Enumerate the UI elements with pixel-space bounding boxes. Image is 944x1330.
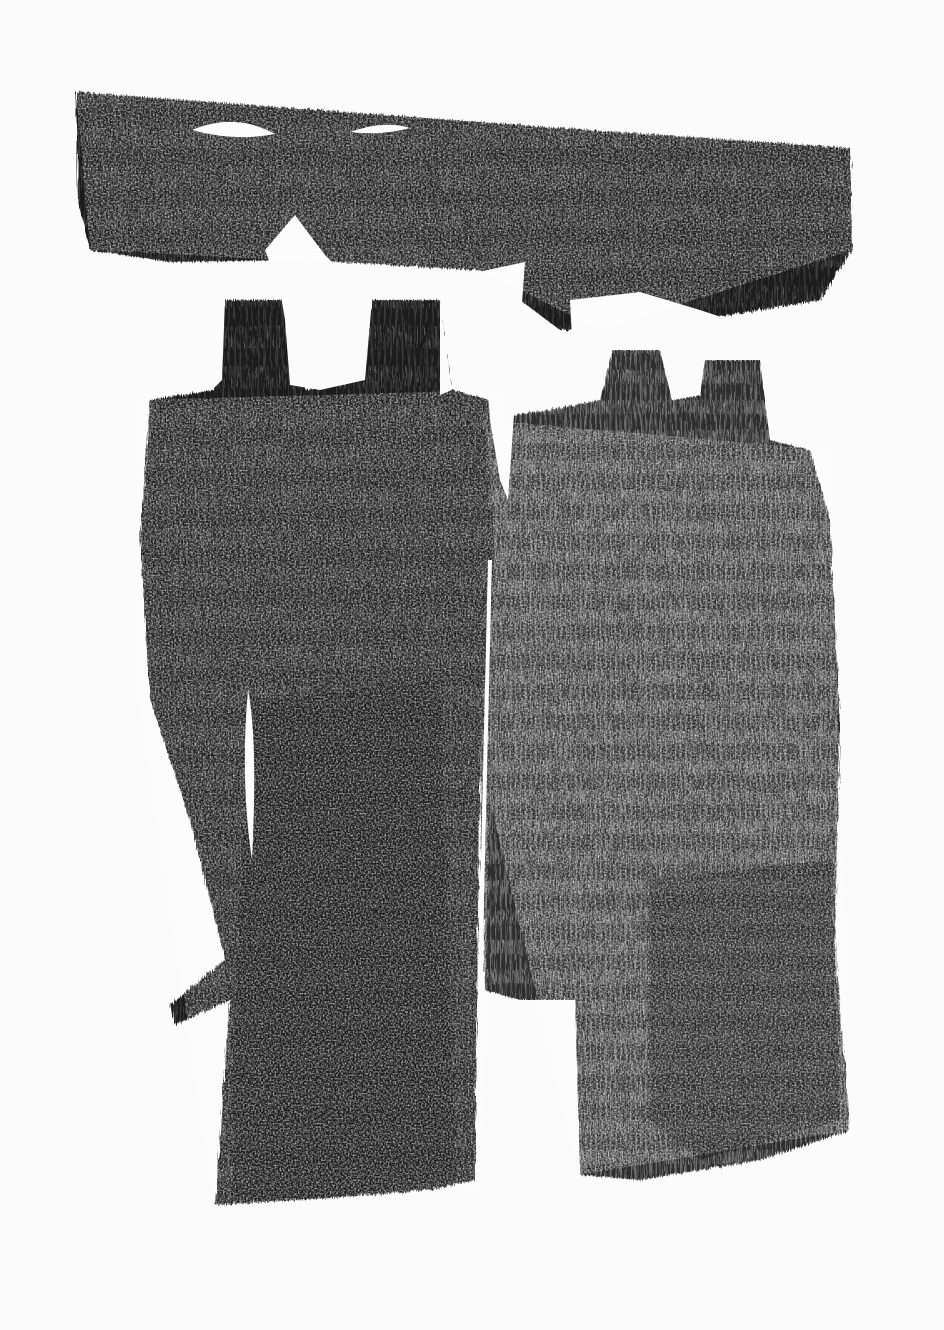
print-artwork	[0, 0, 944, 1330]
